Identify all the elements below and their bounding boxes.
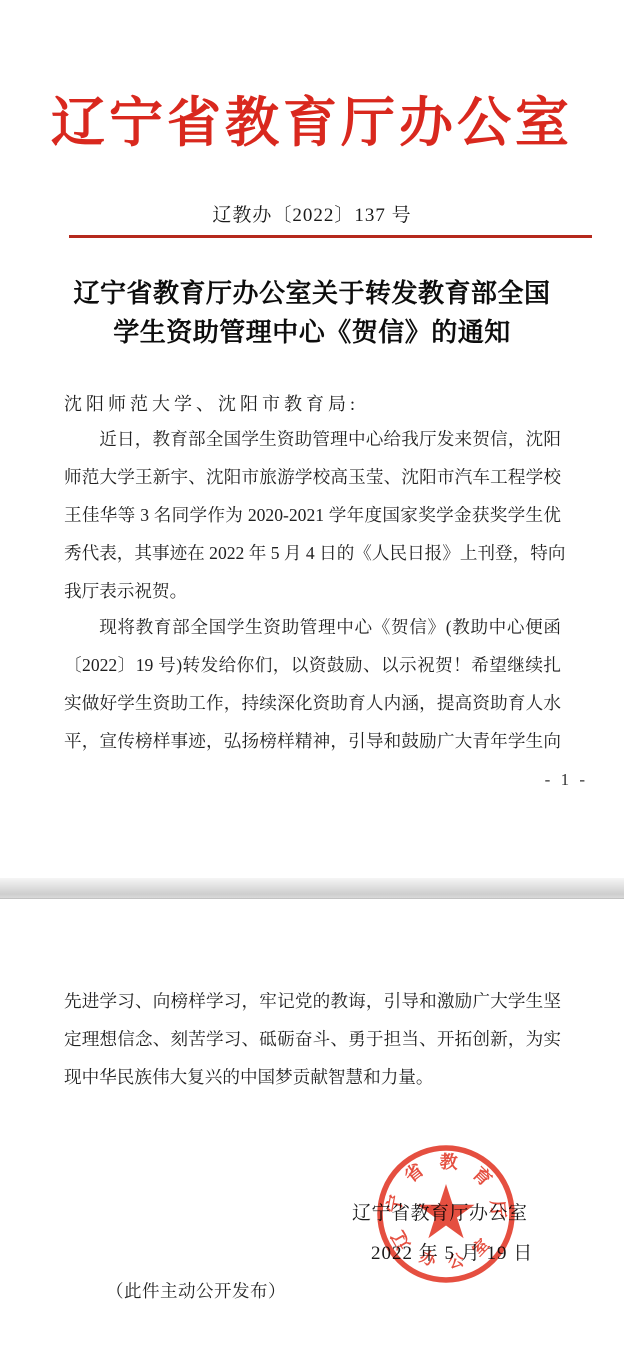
page-break-divider [0,878,624,899]
document-title: 辽宁省教育厅办公室关于转发教育部全国 学生资助管理中心《贺信》的通知 [0,274,624,352]
letterhead-rule [69,235,592,238]
seal-bottom-char: 办 [417,1248,440,1271]
seal-bottom-char: 室 [468,1235,493,1260]
body-line: 〔2022〕19 号)转发给你们，以资鼓励、以示祝贺！希望继续扎 [64,646,561,684]
official-seal: 辽 宁 省 教 育 厅 办 公 室 [374,1142,518,1286]
letterhead-org-name: 辽宁省教育厅办公室 [0,88,624,158]
document-number: 辽教办〔2022〕137 号 [0,201,624,231]
body-line: 实做好学生资助工作，持续深化资助育人内涵，提高资助育人水 [64,684,561,722]
body-line: 近日，教育部全国学生资助管理中心给我厅发来贺信，沈阳 [64,420,561,458]
body-line: 平，宣传榜样事迹，弘扬榜样精神，引导和鼓励广大青年学生向 [64,722,561,760]
body-line: 师范大学王新宇、沈阳市旅游学校高玉莹、沈阳市汽车工程学校 [64,458,561,496]
body-line: 定理想信念、刻苦学习、砥砺奋斗、勇于担当、开拓创新，为实 [64,1020,561,1058]
paragraph-1: 近日，教育部全国学生资助管理中心给我厅发来贺信，沈阳 师范大学王新宇、沈阳市旅游… [64,420,561,610]
body-line: 先进学习、向榜样学习，牢记党的教诲，引导和激励广大学生坚 [64,982,561,1020]
body-line: 秀代表，其事迹在 2022 年 5 月 4 日的《人民日报》上刊登，特向 [64,534,561,572]
seal-arc-char: 教 [438,1151,459,1173]
seal-bottom-char: 公 [446,1251,466,1272]
body-line: 现将教育部全国学生资助管理中心《贺信》(教助中心便函 [64,608,561,646]
body-line: 我厅表示祝贺。 [64,572,561,610]
document-title-line2: 学生资助管理中心《贺信》的通知 [0,313,624,352]
seal-arc-char: 厅 [487,1199,509,1220]
document-scan: 辽宁省教育厅办公室 辽教办〔2022〕137 号 辽宁省教育厅办公室关于转发教育… [0,0,624,1351]
public-release-note: （此件主动公开发布） [106,1277,286,1305]
addressee-line: 沈阳师范大学、沈阳市教育局: [64,390,584,418]
document-title-line1: 辽宁省教育厅办公室关于转发教育部全国 [0,274,624,313]
page-number: - 1 - [545,770,588,790]
paragraph-3: 先进学习、向榜样学习，牢记党的教诲，引导和激励广大学生坚 定理想信念、刻苦学习、… [64,982,561,1096]
body-line: 王佳华等 3 名同学作为 2020-2021 学年度国家奖学金获奖学生优 [64,496,561,534]
body-line: 现中华民族伟大复兴的中国梦贡献智慧和力量。 [64,1058,561,1096]
seal-star-icon [417,1184,474,1238]
seal-arc-char: 宁 [382,1193,406,1215]
paragraph-2: 现将教育部全国学生资助管理中心《贺信》(教助中心便函 〔2022〕19 号)转发… [64,608,561,760]
